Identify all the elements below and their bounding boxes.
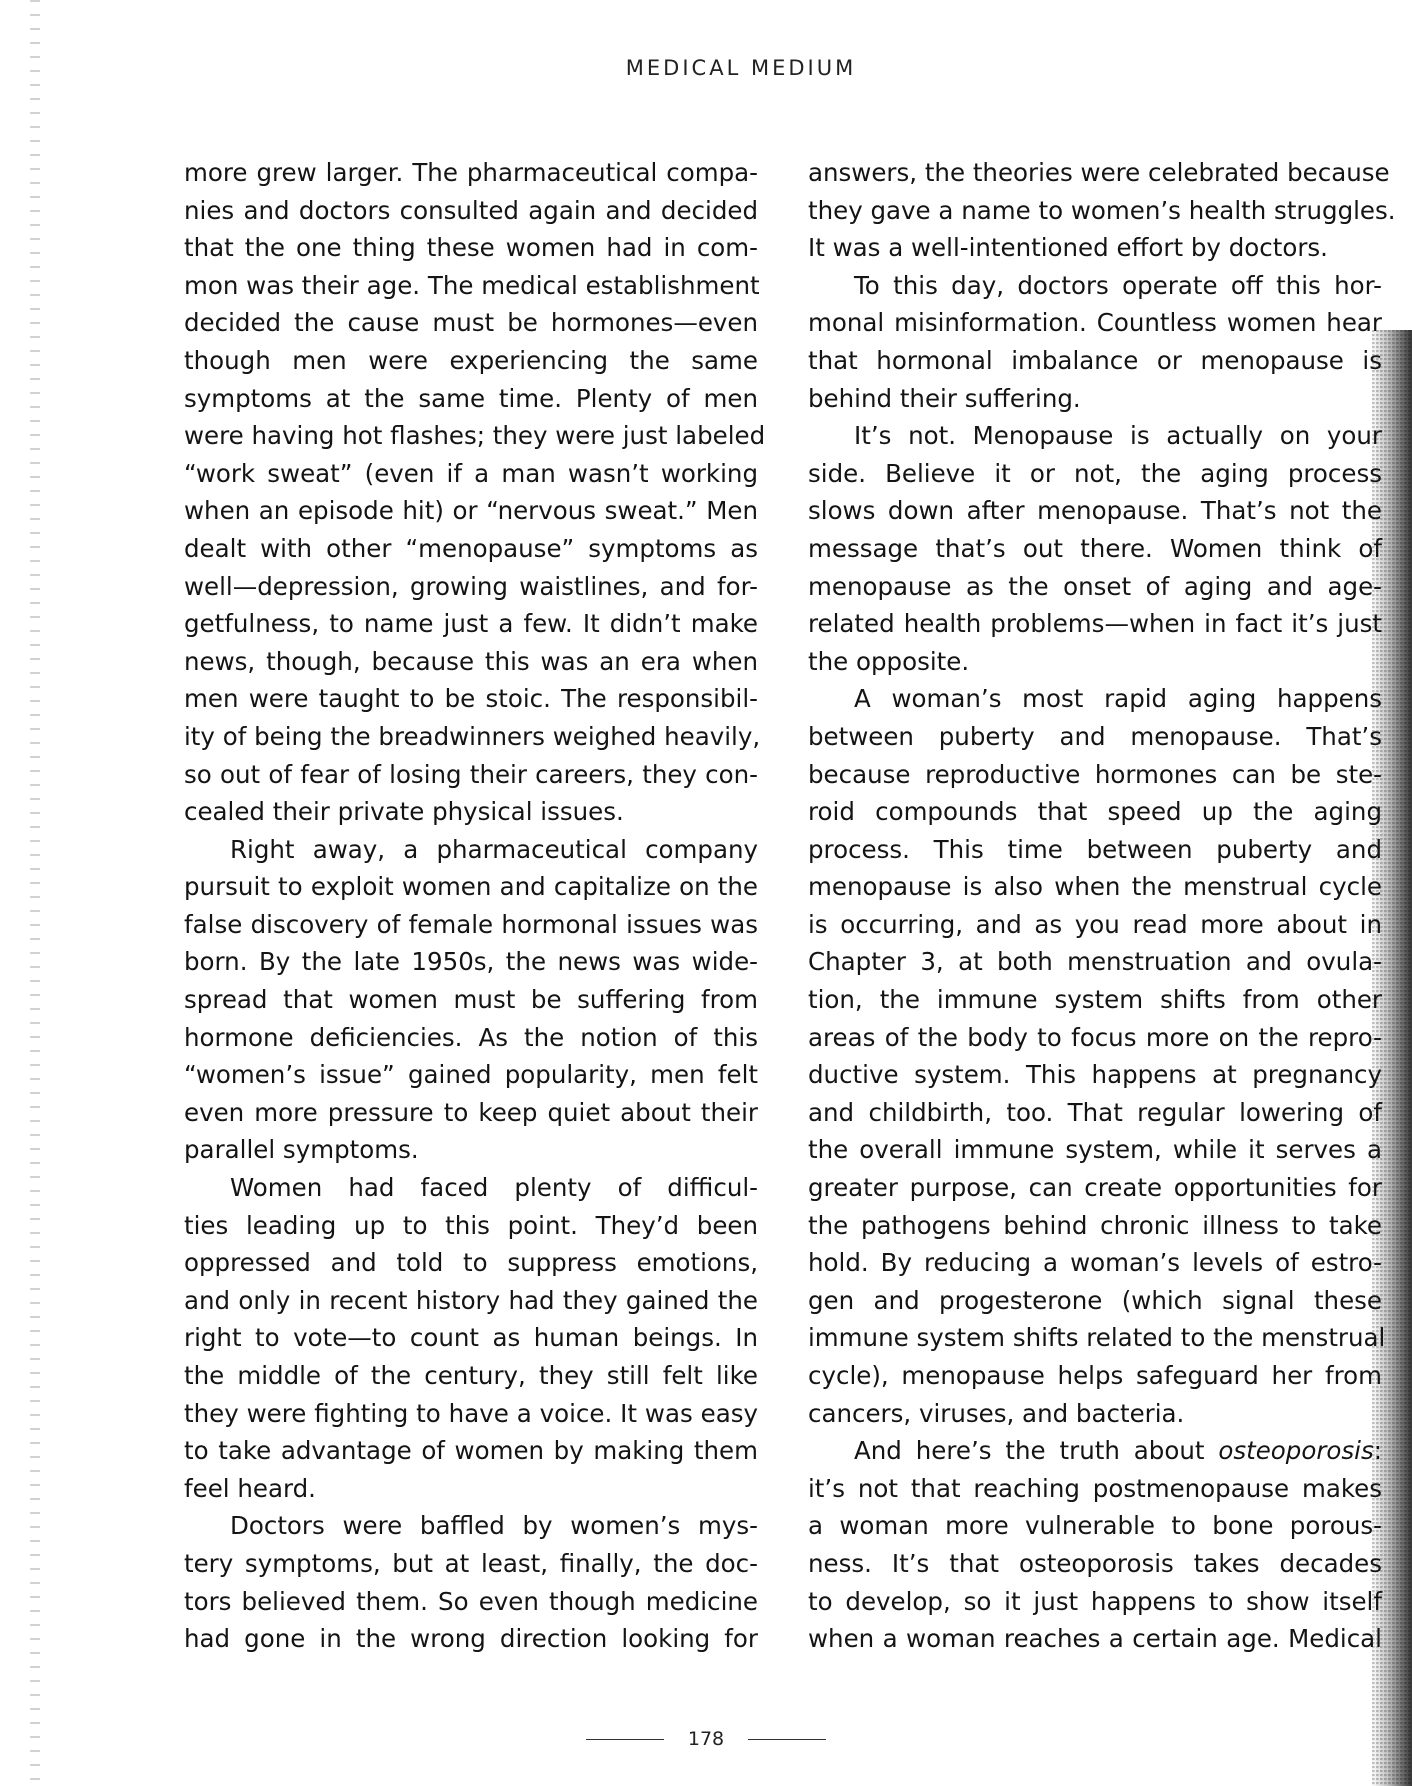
right-text-column: answers, the theories were celebrated be… xyxy=(808,154,1382,1658)
text-line: ties leading up to this point. They’d be… xyxy=(184,1207,758,1245)
text-line: answers, the theories were celebrated be… xyxy=(808,154,1382,192)
left-text-column: more grew larger. The pharmaceutical com… xyxy=(184,154,758,1658)
text-line: they gave a name to women’s health strug… xyxy=(808,192,1382,230)
text-line: that the one thing these women had in co… xyxy=(184,229,758,267)
text-line: when a woman reaches a certain age. Medi… xyxy=(808,1620,1382,1658)
text-line: and only in recent history had they gain… xyxy=(184,1282,758,1320)
text-line: tors believed them. So even though medic… xyxy=(184,1583,758,1621)
text-line: to develop, so it just happens to show i… xyxy=(808,1583,1382,1621)
text-line: Right away, a pharmaceutical company xyxy=(184,831,758,869)
text-line: between puberty and menopause. That’s xyxy=(808,718,1382,756)
text-line: roid compounds that speed up the aging xyxy=(808,793,1382,831)
page-footer: 178 xyxy=(0,1728,1412,1750)
text-line: symptoms at the same time. Plenty of men xyxy=(184,380,758,418)
text-line: cancers, viruses, and bacteria. xyxy=(808,1395,1382,1433)
text-line: were having hot flashes; they were just … xyxy=(184,417,758,455)
text-line: It was a well-intentioned effort by doct… xyxy=(808,229,1382,267)
text-line: though men were experiencing the same xyxy=(184,342,758,380)
text-line: menopause is also when the menstrual cyc… xyxy=(808,868,1382,906)
text-line: A woman’s most rapid aging happens xyxy=(808,680,1382,718)
text-line: oppressed and told to suppress emotions, xyxy=(184,1244,758,1282)
text-line: process. This time between puberty and xyxy=(808,831,1382,869)
text-line: cealed their private physical issues. xyxy=(184,793,758,831)
text-line: areas of the body to focus more on the r… xyxy=(808,1019,1382,1057)
text-line: related health problems—when in fact it’… xyxy=(808,605,1382,643)
text-line: false discovery of female hormonal issue… xyxy=(184,906,758,944)
text-line: well—depression, growing waistlines, and… xyxy=(184,568,758,606)
text-line: immune system shifts related to the mens… xyxy=(808,1319,1382,1357)
text-line: when an episode hit) or “nervous sweat.”… xyxy=(184,492,758,530)
text-line: more grew larger. The pharmaceutical com… xyxy=(184,154,758,192)
text-line: it’s not that reaching postmenopause mak… xyxy=(808,1470,1382,1508)
text-line: they were fighting to have a voice. It w… xyxy=(184,1395,758,1433)
text-line: gen and progesterone (which signal these xyxy=(808,1282,1382,1320)
text-line: is occurring, and as you read more about… xyxy=(808,906,1382,944)
footer-rule-left xyxy=(586,1739,664,1740)
text-line: men were taught to be stoic. The respons… xyxy=(184,680,758,718)
text-line: tery symptoms, but at least, finally, th… xyxy=(184,1545,758,1583)
text-line: to take advantage of women by making the… xyxy=(184,1432,758,1470)
text-line: news, though, because this was an era wh… xyxy=(184,643,758,681)
text-line: hormone deficiencies. As the notion of t… xyxy=(184,1019,758,1057)
text-line: menopause as the onset of aging and age- xyxy=(808,568,1382,606)
text-line: To this day, doctors operate off this ho… xyxy=(808,267,1382,305)
text-line: the overall immune system, while it serv… xyxy=(808,1131,1382,1169)
text-line: because reproductive hormones can be ste… xyxy=(808,756,1382,794)
text-line: getfulness, to name just a few. It didn’… xyxy=(184,605,758,643)
text-line: the pathogens behind chronic illness to … xyxy=(808,1207,1382,1245)
text-line: spread that women must be suffering from xyxy=(184,981,758,1019)
running-head: MEDICAL MEDIUM xyxy=(0,56,1412,80)
text-line: greater purpose, can create opportunitie… xyxy=(808,1169,1382,1207)
text-line: right to vote—to count as human beings. … xyxy=(184,1319,758,1357)
text-line: message that’s out there. Women think of xyxy=(808,530,1382,568)
text-line: the middle of the century, they still fe… xyxy=(184,1357,758,1395)
text-line: monal misinformation. Countless women he… xyxy=(808,304,1382,342)
text-line: hold. By reducing a woman’s levels of es… xyxy=(808,1244,1382,1282)
text-line: behind their suffering. xyxy=(808,380,1382,418)
text-line: slows down after menopause. That’s not t… xyxy=(808,492,1382,530)
text-line: that hormonal imbalance or menopause is xyxy=(808,342,1382,380)
text-line: side. Believe it or not, the aging proce… xyxy=(808,455,1382,493)
text-line: and childbirth, too. That regular loweri… xyxy=(808,1094,1382,1132)
page-number: 178 xyxy=(688,1728,724,1750)
text-line: cycle), menopause helps safeguard her fr… xyxy=(808,1357,1382,1395)
text-line: It’s not. Menopause is actually on your xyxy=(808,417,1382,455)
italic-term: osteoporosis xyxy=(1218,1436,1373,1465)
text-line: parallel symptoms. xyxy=(184,1131,758,1169)
footer-rule-right xyxy=(748,1739,826,1740)
text-fragment: And here’s the truth about xyxy=(854,1436,1218,1465)
text-line: Chapter 3, at both menstruation and ovul… xyxy=(808,943,1382,981)
text-line: Women had faced plenty of difficul- xyxy=(184,1169,758,1207)
text-line: so out of fear of losing their careers, … xyxy=(184,756,758,794)
text-line: nies and doctors consulted again and dec… xyxy=(184,192,758,230)
text-line: And here’s the truth about osteoporosis: xyxy=(808,1432,1382,1470)
text-line: had gone in the wrong direction looking … xyxy=(184,1620,758,1658)
text-line: “women’s issue” gained popularity, men f… xyxy=(184,1056,758,1094)
text-line: a woman more vulnerable to bone porous- xyxy=(808,1507,1382,1545)
scan-margin-artifact xyxy=(30,0,40,1786)
text-line: ity of being the breadwinners weighed he… xyxy=(184,718,758,756)
text-line: even more pressure to keep quiet about t… xyxy=(184,1094,758,1132)
text-line: ductive system. This happens at pregnanc… xyxy=(808,1056,1382,1094)
text-fragment: : xyxy=(1374,1436,1382,1465)
text-line: tion, the immune system shifts from othe… xyxy=(808,981,1382,1019)
text-line: Doctors were baffled by women’s mys- xyxy=(184,1507,758,1545)
text-line: mon was their age. The medical establish… xyxy=(184,267,758,305)
text-line: decided the cause must be hormones—even xyxy=(184,304,758,342)
text-line: feel heard. xyxy=(184,1470,758,1508)
text-line: ness. It’s that osteoporosis takes decad… xyxy=(808,1545,1382,1583)
text-line: born. By the late 1950s, the news was wi… xyxy=(184,943,758,981)
text-line: pursuit to exploit women and capitalize … xyxy=(184,868,758,906)
text-line: the opposite. xyxy=(808,643,1382,681)
text-line: dealt with other “menopause” symptoms as xyxy=(184,530,758,568)
text-line: “work sweat” (even if a man wasn’t worki… xyxy=(184,455,758,493)
